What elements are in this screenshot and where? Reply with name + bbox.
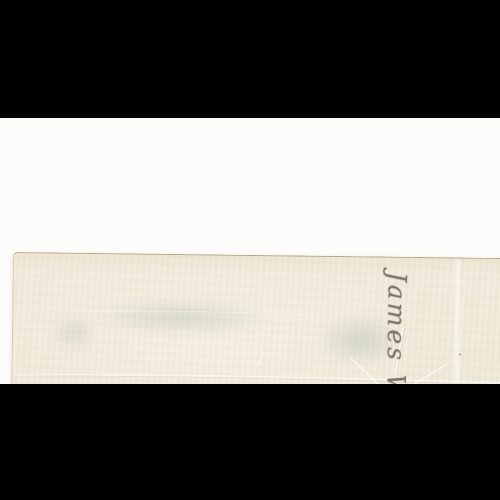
- letterbox-top: [0, 0, 500, 118]
- letterbox-bottom: [0, 384, 500, 500]
- ink-speck: [459, 353, 461, 355]
- scanned-photo-stage: James W. Griggs: [0, 0, 500, 500]
- scanner-background: James W. Griggs: [0, 118, 500, 384]
